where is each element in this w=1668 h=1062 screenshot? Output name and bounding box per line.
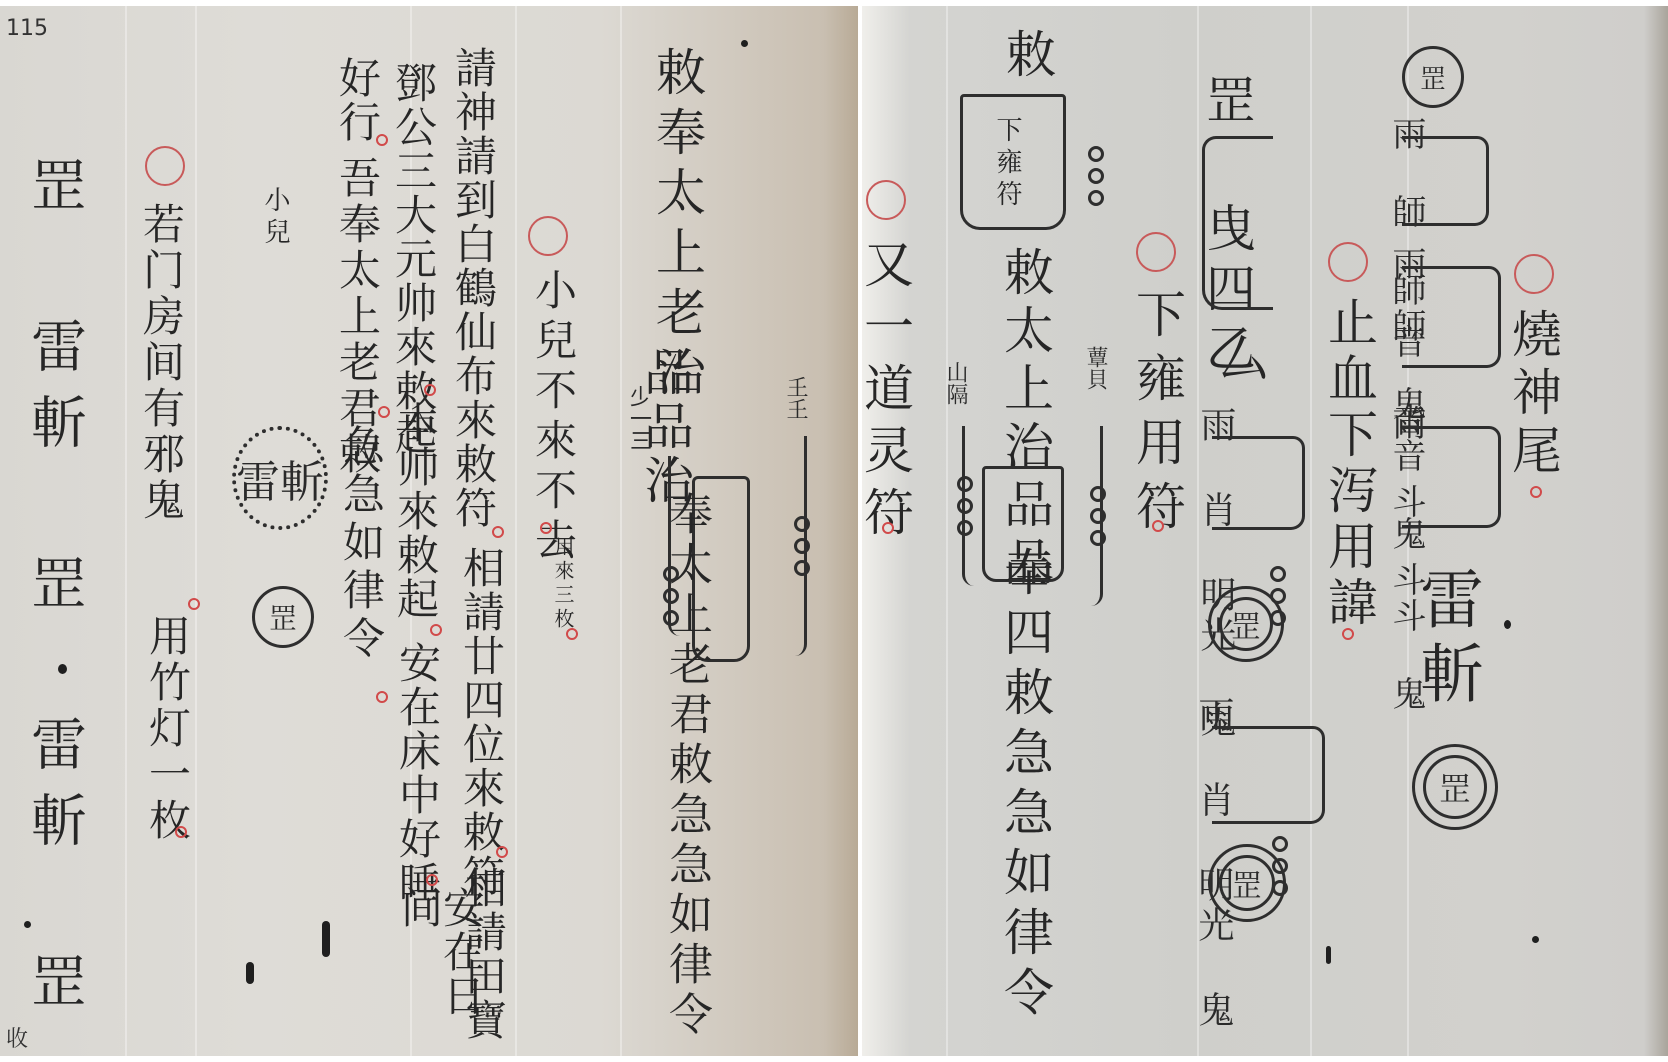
ink-speck xyxy=(58,664,67,674)
left-manuscript-page: 115 收 敕奉太上老治 品品治 奉太上老君敕急急如律令 𣥂一三 𡈼𡈼 小兒不來… xyxy=(0,6,858,1056)
column-text: 急急如律令 xyxy=(340,424,382,664)
column-text: 用竹灯一枚 xyxy=(146,614,188,844)
red-punctuation-dot xyxy=(882,522,894,534)
column-text: 好行 xyxy=(336,56,378,144)
thunder-glyph: 雷斬 xyxy=(1414,566,1478,714)
column-text: 敕 xyxy=(1002,28,1052,88)
talisman-coil-icon xyxy=(962,426,979,586)
ink-speck xyxy=(741,40,748,47)
red-punctuation-dot xyxy=(188,598,200,610)
red-punctuation-dot xyxy=(1342,628,1354,640)
red-punctuation-dot xyxy=(378,406,390,418)
red-punctuation-dot xyxy=(424,384,436,396)
talisman-mark-right: 𡈼𡈼 xyxy=(780,376,811,420)
red-section-marker xyxy=(1328,242,1368,282)
talisman-coil-icon xyxy=(1278,566,1292,646)
column-text: 本帅來敕起 xyxy=(394,401,436,621)
column-text: 止血下泻用諱 xyxy=(1324,296,1374,632)
talisman-frame xyxy=(1212,436,1305,530)
talisman-frame xyxy=(1402,266,1501,368)
red-section-marker xyxy=(866,180,906,220)
red-punctuation-dot xyxy=(430,624,442,636)
column-text: 鄧公三大元帅來敕起 xyxy=(392,61,434,457)
red-section-marker xyxy=(1514,254,1554,294)
fold-line xyxy=(515,6,517,1056)
red-punctuation-dot xyxy=(566,628,578,640)
red-section-marker xyxy=(145,146,185,186)
talisman-mark-left: 山隔 xyxy=(940,361,971,405)
fold-line xyxy=(125,6,127,1056)
red-punctuation-dot xyxy=(376,691,388,703)
ink-speck xyxy=(1532,936,1539,943)
column-text: 奉四敕急急如律令 xyxy=(1000,546,1050,1026)
talisman-mark-right: 蕈貝 xyxy=(1080,346,1111,390)
gang-seal-icon: 罡 xyxy=(1402,46,1464,108)
ink-speck xyxy=(246,962,254,984)
column-text: 請神請到白鶴仙布來敕符 xyxy=(452,46,494,530)
talisman-mark-left: 𣥂一三 xyxy=(626,386,652,452)
thunder-seal-icon: 雷斬 xyxy=(232,426,328,530)
talisman-frame xyxy=(1402,426,1501,528)
column-text: 又一道灵符 xyxy=(862,238,910,548)
column-text: 𡚶 母 xyxy=(262,296,288,444)
talisman-coil-icon xyxy=(790,436,807,656)
ink-speck xyxy=(322,921,330,957)
column-note: 用來三枚 xyxy=(553,536,573,632)
red-section-marker xyxy=(528,216,568,256)
column-text: 相請廿四位來敕符 xyxy=(460,546,502,898)
talisman-coil-icon xyxy=(1280,836,1294,916)
column-text: 小兒不來不去 xyxy=(532,268,574,568)
talisman-frame xyxy=(1402,136,1489,226)
page-number-top: 115 xyxy=(6,16,48,41)
red-punctuation-dot xyxy=(175,826,187,838)
red-punctuation-dot xyxy=(376,134,388,146)
red-punctuation-dot xyxy=(1152,520,1164,532)
talisman-coil-icon xyxy=(1086,426,1103,606)
red-punctuation-dot xyxy=(540,522,552,534)
column-text: 燒神尾 xyxy=(1508,308,1558,482)
ink-speck xyxy=(1326,946,1331,964)
talisman-frame xyxy=(1212,726,1325,824)
column-text: 若门房间有邪鬼 xyxy=(140,202,182,524)
fold-line xyxy=(1310,6,1312,1056)
column-text: 安在床中好睡 xyxy=(396,641,438,905)
column-text: 罡 雷斬 罡 雷斬 罡 xyxy=(26,156,82,1028)
gang-seal-icon: 罡 xyxy=(1412,744,1498,830)
red-section-marker xyxy=(1136,232,1176,272)
fold-line xyxy=(195,6,197,1056)
talisman-coil-icon xyxy=(668,456,685,636)
column-text: 下雍用符 xyxy=(1132,288,1182,544)
column-text: 小兒 xyxy=(262,186,288,250)
column-text: 厶 xyxy=(1214,332,1264,392)
right-manuscript-page: 敕 下雍符 敕太上治品品 奉四敕急急如律令 山隔 蕈貝 又一道灵符 下雍用符 罡… xyxy=(862,6,1668,1056)
fold-line xyxy=(620,6,622,1056)
ink-speck xyxy=(24,921,31,928)
gang-seal-icon: 罡 xyxy=(252,586,314,648)
fold-line xyxy=(946,6,948,1056)
column-text: 安在日间 xyxy=(398,886,482,1056)
red-punctuation-dot xyxy=(496,846,508,858)
red-punctuation-dot xyxy=(1530,486,1542,498)
talisman-frame xyxy=(1202,136,1273,310)
red-punctuation-dot xyxy=(426,874,438,886)
talisman-coil-icon xyxy=(1086,146,1100,206)
ink-speck xyxy=(1504,620,1511,629)
red-punctuation-dot xyxy=(492,526,504,538)
talisman-label: 下雍符 xyxy=(994,116,1020,212)
